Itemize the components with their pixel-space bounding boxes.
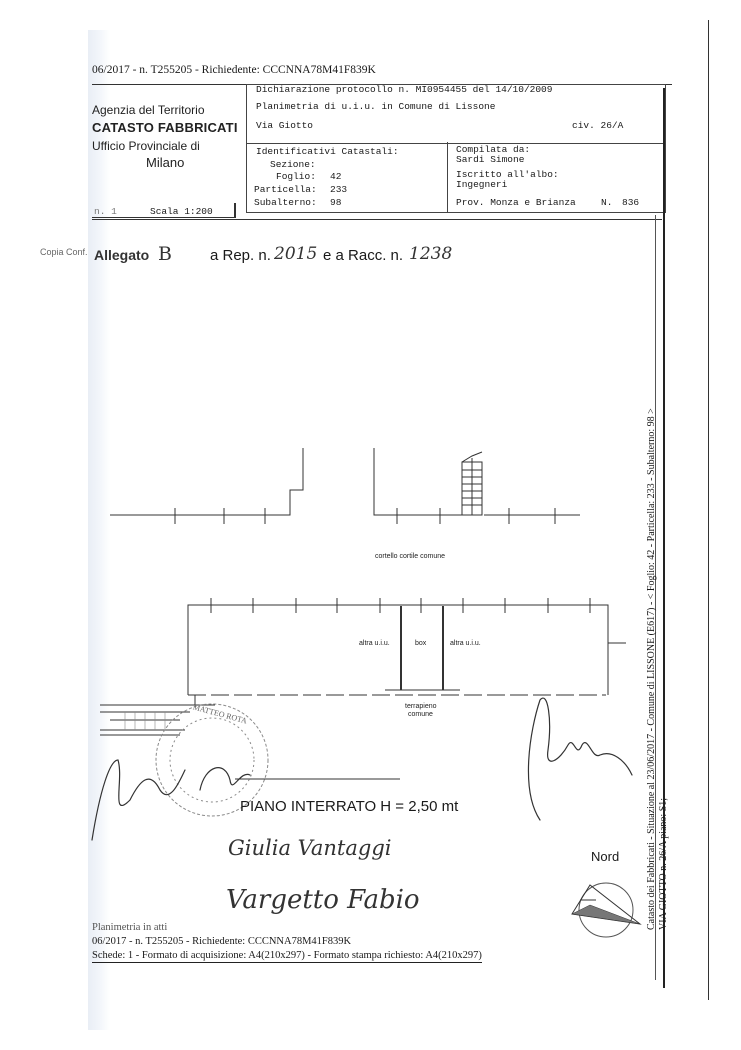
signature-left <box>92 760 185 840</box>
north-label: Nord <box>591 849 619 864</box>
signature-fabio: Vargetto Fabio <box>226 885 420 915</box>
terrace-label-2: comune <box>408 711 433 718</box>
signature-right <box>528 698 632 820</box>
footer-request: 06/2017 - n. T255205 - Richiedente: CCCN… <box>92 936 351 947</box>
floor-title: PIANO INTERRATO H = 2,50 mt <box>240 798 458 815</box>
footer-planimetria: Planimetria in atti <box>92 922 167 933</box>
other-unit-right-label: altra u.i.u. <box>450 640 481 647</box>
vertical-cadastral-note: Catasto dei Fabbricati - Situazione al 2… <box>646 408 670 930</box>
vertical-note-line2: VIA GIOTTO n. 26/A piano: S1; <box>658 408 670 930</box>
other-unit-left-label: altra u.i.u. <box>359 640 390 647</box>
courtyard-label: cortello cortile comune <box>375 553 445 560</box>
terrace-label-1: terrapieno <box>405 703 437 710</box>
vertical-note-line1: Catasto dei Fabbricati - Situazione al 2… <box>646 408 658 930</box>
svg-text:MATTEO ROTA: MATTEO ROTA <box>192 702 248 725</box>
signature-giulia: Giulia Vantaggi <box>228 836 392 860</box>
footer-format: Schede: 1 - Formato di acquisizione: A4(… <box>92 950 482 963</box>
box-label: box <box>415 640 426 647</box>
